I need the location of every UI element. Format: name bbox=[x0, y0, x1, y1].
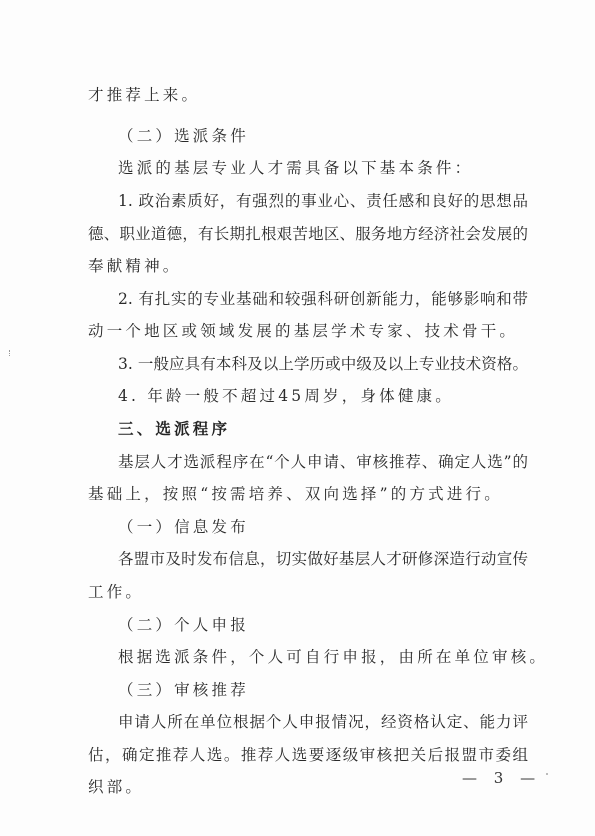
text-line: 基础上，按照“按需培养、双向选择”的方式进行。 bbox=[88, 484, 528, 504]
text-line: 选派的基层专业人才需具备以下基本条件： bbox=[118, 158, 528, 178]
text-line: （二）个人申报 bbox=[118, 615, 528, 635]
page-number: — 3 — bbox=[462, 769, 541, 787]
text-line: 3. 一般应具有本科及以上学历或中级及以上专业技术资格。 bbox=[118, 354, 528, 374]
text-line: 奉献精神。 bbox=[88, 256, 528, 276]
section-heading: 三、选派程序 bbox=[118, 419, 528, 439]
text-line: 4. 年龄一般不超过45周岁，身体健康。 bbox=[118, 386, 528, 406]
text-line: 工作。 bbox=[88, 582, 528, 602]
text-line: 才推荐上来。 bbox=[88, 85, 528, 105]
document-page: 才推荐上来。（二）选派条件选派的基层专业人才需具备以下基本条件：1. 政治素质好… bbox=[0, 0, 595, 836]
text-line: （一）信息发布 bbox=[118, 517, 528, 537]
scan-mark bbox=[9, 350, 13, 356]
text-line: （二）选派条件 bbox=[118, 126, 528, 146]
text-line: 动一个地区或领域发展的基层学术专家、技术骨干。 bbox=[88, 321, 528, 341]
scan-mark bbox=[546, 773, 548, 775]
text-line: 各盟市及时发布信息，切实做好基层人才研修深造行动宣传 bbox=[118, 549, 528, 569]
text-line: 基层人才选派程序在“个人申请、审核推荐、确定人选”的 bbox=[118, 452, 528, 472]
text-line: 德、职业道德，有长期扎根艰苦地区、服务地方经济社会发展的 bbox=[88, 224, 528, 244]
text-line: 2. 有扎实的专业基础和较强科研创新能力，能够影响和带 bbox=[118, 289, 528, 309]
text-line: 1. 政治素质好，有强烈的事业心、责任感和良好的思想品 bbox=[118, 191, 528, 211]
text-line: 根据选派条件，个人可自行申报，由所在单位审核。 bbox=[118, 647, 528, 667]
text-line: （三）审核推荐 bbox=[118, 680, 528, 700]
text-line: 申请人所在单位根据个人申报情况，经资格认定、能力评 bbox=[118, 712, 528, 732]
text-line: 估，确定推荐人选。推荐人选要逐级审核把关后报盟市委组 bbox=[88, 745, 528, 765]
